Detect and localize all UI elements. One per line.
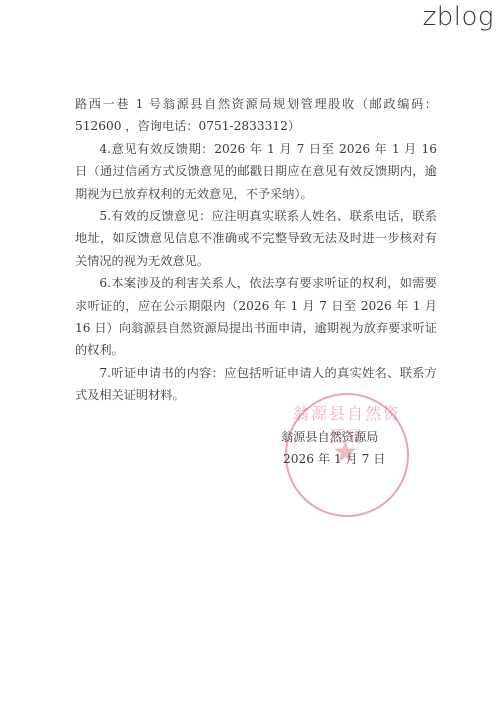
document-body: 路西一巷 1 号翁源县自然资源局规划管理股收（邮政编码：512600 ，咨询电话… bbox=[75, 93, 437, 407]
paragraph-valid-feedback: 5.有效的反馈意见：应注明真实联系人姓名、联系电话，联系地址，如反馈意见信息不准… bbox=[75, 205, 437, 272]
paragraph-hearing-right: 6.本案涉及的利害关系人，依法享有要求听证的权利，如需要求听证的，应在公示期限内… bbox=[75, 272, 437, 362]
paragraph-address: 路西一巷 1 号翁源县自然资源局规划管理股收（邮政编码：512600 ，咨询电话… bbox=[75, 93, 437, 138]
signature-org: 翁源县自然资源局 bbox=[281, 426, 385, 448]
paragraph-hearing-application: 7.听证申请书的内容：应包括听证申请人的真实姓名、联系方式及相关证明材料。 bbox=[75, 362, 437, 407]
signature-block: 翁源县自然资源局 2026 年 1 月 7 日 bbox=[281, 426, 385, 470]
paragraph-feedback-period: 4.意见有效反馈期：2026 年 1 月 7 日至 2026 年 1 月 16 … bbox=[75, 138, 437, 205]
site-watermark: zblog bbox=[423, 2, 494, 32]
signature-date: 2026 年 1 月 7 日 bbox=[281, 448, 385, 470]
